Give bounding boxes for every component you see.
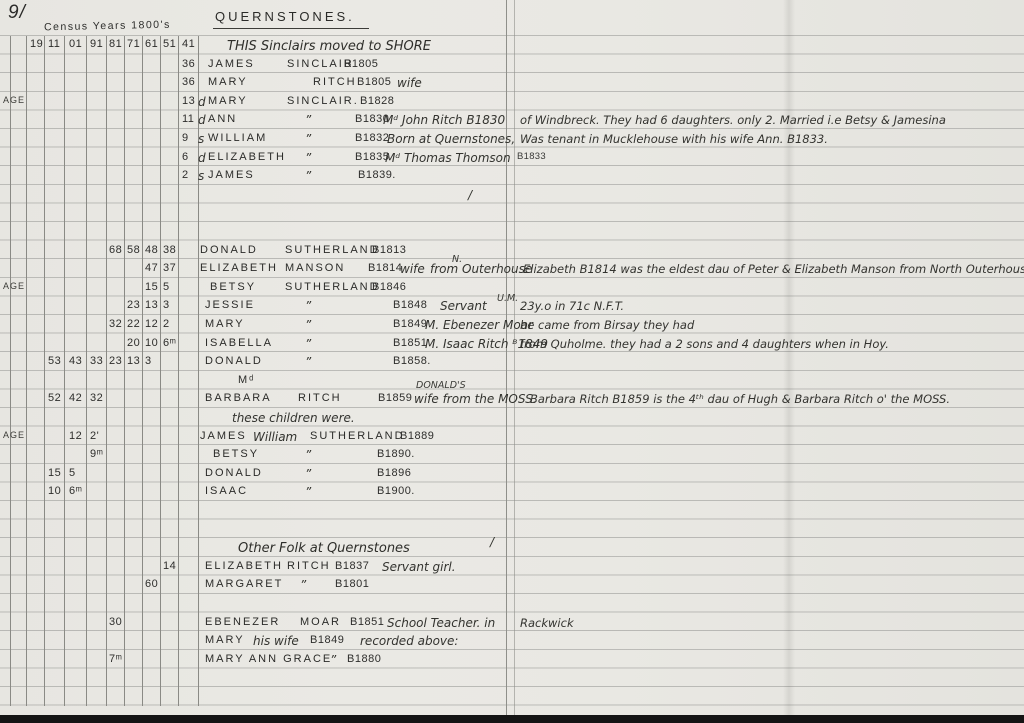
grid-vline (10, 36, 11, 706)
surname: RITCH (313, 76, 357, 88)
marriage-note: M. Ebenezer Moar (425, 318, 533, 332)
grid-vline (64, 36, 65, 706)
age-value: 37 (163, 262, 176, 274)
section-note: these children were. (232, 411, 355, 425)
first-name: JAMES (200, 430, 247, 442)
first-name: ELIZABETH (205, 560, 283, 572)
age-value: 23 (109, 355, 122, 367)
birth-year: B1859 (378, 392, 412, 404)
age-value: 5 (163, 281, 170, 293)
stray-mark: / (490, 535, 494, 549)
first-name: ISAAC (205, 485, 248, 497)
relation-note: DONALD'S (416, 380, 466, 391)
occupation-note: Servant (440, 299, 487, 313)
first-name: MARY ANN GRACE (205, 653, 332, 665)
first-name: ANN (208, 113, 237, 125)
child-prefix: s (198, 169, 204, 183)
ditto-mark: ” (305, 318, 311, 332)
age-value: 2 (182, 169, 189, 181)
birth-year: B1851 (393, 337, 427, 349)
cross-reference-note: recorded above: (360, 634, 458, 648)
first-name: DONALD (205, 355, 263, 367)
center-divider-line-2 (514, 0, 515, 716)
age-value: 11 (182, 113, 194, 125)
surname: MANSON (285, 262, 345, 274)
origin-note: wife from the MOSS. (414, 392, 537, 406)
section-header: THIS Sinclairs moved to SHORE (227, 39, 431, 54)
relation-note: his wife (253, 634, 299, 648)
surname: MOAR (300, 616, 341, 628)
age-value: 23 (127, 299, 140, 311)
age-value: 5 (69, 467, 76, 479)
center-divider-line (506, 0, 507, 716)
age-value: 58 (127, 244, 140, 256)
birth-year: B1801 (335, 578, 369, 590)
birth-year: B1851 (350, 616, 384, 628)
grid-vline (160, 36, 161, 706)
grid-vline (86, 36, 87, 706)
age-value: 22 (127, 318, 140, 330)
birth-year: B1849 (393, 318, 427, 330)
age-value: 38 (163, 244, 176, 256)
page-crease (783, 0, 795, 716)
first-name: ISABELLA (205, 337, 273, 349)
ditto-mark: ” (305, 132, 311, 146)
birth-year: B1858. (393, 355, 431, 367)
age-value: 12 (69, 430, 82, 442)
birth-year: B1813 (372, 244, 406, 256)
occupation-note: School Teacher. in (387, 616, 495, 630)
birth-year: B1846 (372, 281, 406, 293)
birth-year: B1805 (357, 76, 391, 88)
surname: RITCH (287, 560, 331, 572)
census-column-header: 19 (30, 38, 43, 50)
relation-note: wife (397, 76, 422, 90)
birth-year: B1837 (335, 560, 369, 572)
age-value: 60 (145, 578, 158, 590)
age-value: 42 (69, 392, 82, 404)
age-value: 68 (109, 244, 122, 256)
ditto-mark: ” (305, 355, 311, 369)
ditto-mark: ” (305, 485, 311, 499)
margin-note: he came from Birsay they had (520, 318, 694, 332)
first-name: BARBARA (205, 392, 272, 404)
birth-year: B1896 (377, 467, 411, 479)
first-name: MARY (208, 76, 248, 88)
age-value: 13 (182, 95, 195, 107)
census-years-header: Census Years 1800's (44, 19, 171, 34)
age-value: 20 (127, 337, 140, 349)
grid-vline (178, 36, 179, 706)
grid-vline (124, 36, 125, 706)
age-value: 14 (163, 560, 176, 572)
age-value: 48 (145, 244, 158, 256)
relation-note: wife (400, 262, 425, 276)
census-column-header: 71 (127, 38, 140, 50)
scanned-ledger-page: 9/ Census Years 1800's QUERNSTONES. 1911… (0, 0, 1024, 723)
stray-mark: / (468, 188, 472, 202)
age-value: 32 (109, 318, 122, 330)
birth-year: B1889 (400, 430, 434, 442)
age-value: 10 (48, 485, 61, 497)
page-title: QUERNSTONES. (213, 9, 369, 29)
age-value: 3 (163, 299, 170, 311)
birth-year: B1890. (377, 448, 415, 460)
census-column-header: 01 (69, 38, 82, 50)
margin-note: Elizabeth B1814 was the eldest dau of Pe… (523, 262, 1024, 276)
grid-vline (106, 36, 107, 706)
first-name: BETSY (213, 448, 259, 460)
birth-year: B1805 (344, 58, 378, 70)
age-margin-label: AGE (3, 430, 25, 440)
birth-year: B1832 (355, 132, 389, 144)
ditto-mark: ” (305, 113, 311, 127)
surname: SUTHERLAND (285, 244, 380, 256)
first-name: JAMES (208, 58, 255, 70)
first-name: ELIZABETH (200, 262, 278, 274)
age-value: 10 (145, 337, 158, 349)
age-value: 13 (145, 299, 158, 311)
age-value: 43 (69, 355, 82, 367)
age-value: 9ᵐ (90, 448, 103, 460)
birth-note: Born at Quernstones, (387, 132, 515, 146)
first-name: MARY (205, 634, 245, 646)
margin-note: Was tenant in Mucklehouse with his wife … (520, 132, 828, 146)
age-value: 47 (145, 262, 158, 274)
marriage-note: Mᵈ John Ritch B1830 (383, 113, 505, 127)
ditto-mark: ” (305, 151, 311, 165)
origin-note: from Outerhouse (430, 262, 532, 276)
birth-year: B1900. (377, 485, 415, 497)
birth-year: B1849 (310, 634, 344, 646)
first-name: MARY (208, 95, 248, 107)
first-name: DONALD (205, 467, 263, 479)
birth-year: B1814 (368, 262, 402, 274)
child-prefix: s (198, 132, 204, 146)
age-value: 12 (145, 318, 158, 330)
age-margin-label: AGE (3, 281, 25, 291)
married-mark: Mᵈ (238, 374, 255, 386)
ditto-mark: ” (300, 578, 306, 592)
first-name: DONALD (200, 244, 258, 256)
first-name: MARGARET (205, 578, 283, 590)
ditto-mark: ” (305, 448, 311, 462)
age-value: 53 (48, 355, 61, 367)
child-prefix: d (198, 151, 206, 165)
grid-vline (26, 36, 27, 706)
grid-vline (44, 36, 45, 706)
age-value: 6 (182, 151, 189, 163)
first-name: BETSY (210, 281, 256, 293)
ditto-mark: ” (305, 169, 311, 183)
age-value: 33 (90, 355, 103, 367)
census-column-header: 41 (182, 38, 195, 50)
age-value: 9 (182, 132, 189, 144)
age-value: 3 (145, 355, 152, 367)
middle-name: William (253, 430, 297, 444)
age-value: 30 (109, 616, 122, 628)
ditto-mark: ” (305, 299, 311, 313)
age-value: 7ᵐ (109, 653, 122, 665)
occupation-note: Servant girl. (382, 560, 456, 574)
birth-year: B1848 (393, 299, 427, 311)
child-prefix: d (198, 113, 206, 127)
status-note: U.M. (497, 293, 518, 304)
first-name: JESSIE (205, 299, 255, 311)
age-value: 15 (145, 281, 158, 293)
age-value: 6ᵐ (69, 485, 82, 497)
age-value: 15 (48, 467, 61, 479)
age-value: 13 (127, 355, 140, 367)
age-value: 36 (182, 76, 195, 88)
first-name: MARY (205, 318, 245, 330)
ditto-mark: ” (305, 467, 311, 481)
census-column-header: 51 (163, 38, 176, 50)
margin-note: Rackwick (520, 616, 574, 630)
surname: SINCLAIR. (287, 95, 359, 107)
first-name: WILLIAM (208, 132, 267, 144)
age-value: 32 (90, 392, 103, 404)
census-column-header: 11 (48, 38, 60, 50)
birth-year: B1839. (358, 169, 396, 181)
margin-note: of Windbreck. They had 6 daughters. only… (520, 113, 946, 127)
ditto-mark: ” (330, 653, 336, 667)
scan-edge (0, 715, 1024, 723)
surname: SUTHERLAND (310, 430, 405, 442)
first-name: EBENEZER (205, 616, 280, 628)
age-value: 36 (182, 58, 195, 70)
margin-note: Barbara Ritch B1859 is the 4ᵗʰ dau of Hu… (530, 392, 950, 406)
surname: RITCH (298, 392, 342, 404)
child-prefix: d (198, 95, 206, 109)
section-header: Other Folk at Quernstones (238, 541, 410, 556)
census-column-header: 91 (90, 38, 103, 50)
margin-note: B1833 (517, 151, 546, 162)
age-value: 52 (48, 392, 61, 404)
first-name: JAMES (208, 169, 255, 181)
census-column-header: 81 (109, 38, 122, 50)
grid-vline (142, 36, 143, 706)
birth-year: B1828 (360, 95, 394, 107)
age-value: 6ᵐ (163, 337, 176, 349)
marriage-note: Mᵈ Thomas Thomson (385, 151, 511, 165)
margin-note: from Quholme. they had a 2 sons and 4 da… (520, 337, 889, 351)
surname: SUTHERLAND (285, 281, 380, 293)
page-number: 9/ (8, 2, 26, 24)
census-column-header: 61 (145, 38, 158, 50)
first-name: ELIZABETH (208, 151, 286, 163)
age-value: 2' (90, 430, 99, 442)
margin-note: 23y.o in 71c N.F.T. (520, 299, 624, 313)
birth-year: B1880 (347, 653, 381, 665)
age-margin-label: AGE (3, 95, 25, 105)
age-value: 2 (163, 318, 170, 330)
ditto-mark: ” (305, 337, 311, 351)
